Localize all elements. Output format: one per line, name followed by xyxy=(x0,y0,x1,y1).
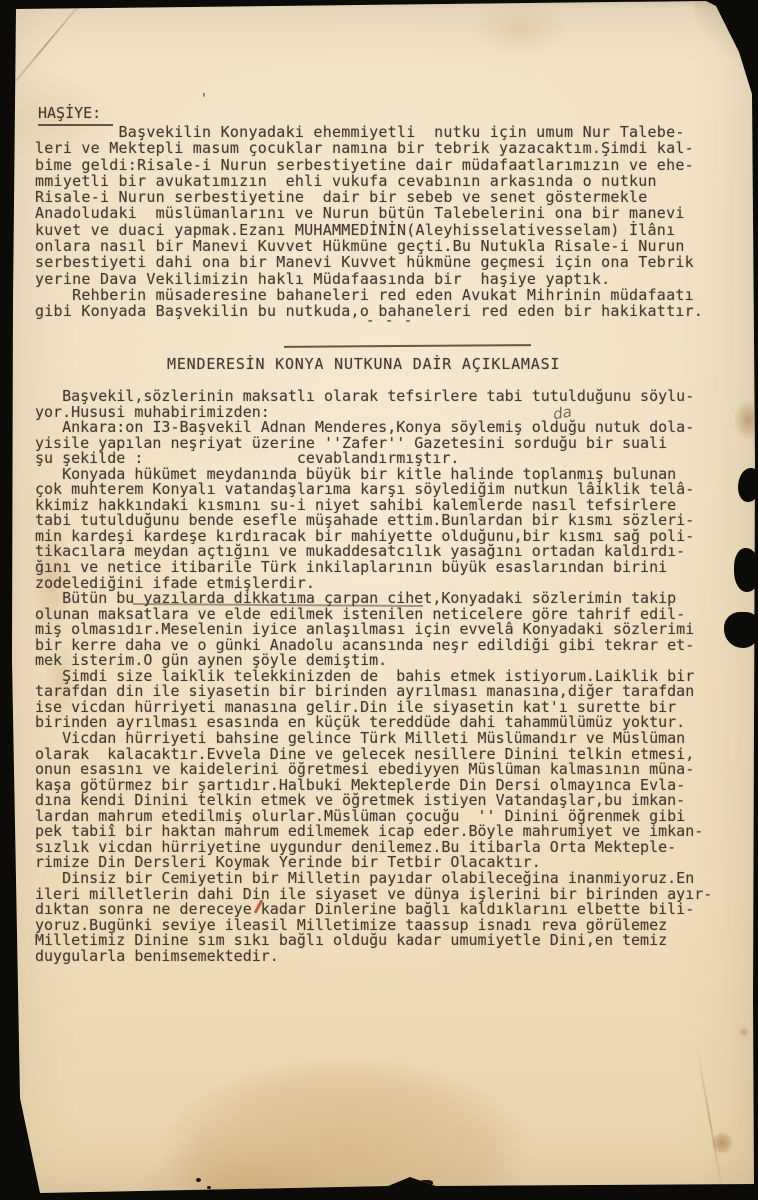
article-title: MENDERESİN KONYA NUTKUNA DAİR AÇIKLAMASI xyxy=(167,355,560,373)
ink-speck xyxy=(207,1186,211,1189)
scanned-document-photo: ' HAŞİYE: Başvekilin Konyadaki ehemmiyet… xyxy=(0,0,758,1200)
torn-edge-blob xyxy=(724,612,758,648)
section-separator-dashes: - - - xyxy=(366,313,413,329)
typed-rule-line xyxy=(284,344,531,348)
article-body-text: Başvekil,sözlerinin maksatlı olarak tefs… xyxy=(35,389,712,964)
corner-fold-shading xyxy=(695,0,758,105)
paper-crease-bottom-right xyxy=(695,1042,725,1200)
paper-crease-top-left xyxy=(0,0,94,104)
hasiye-paragraph: Başvekilin Konyadaki ehemmiyetli nutku i… xyxy=(35,124,703,320)
paper-sheet: ' HAŞİYE: Başvekilin Konyadaki ehemmiyet… xyxy=(0,0,758,1200)
torn-edge-blob xyxy=(734,548,758,592)
ink-speck xyxy=(196,1178,201,1182)
torn-edge-blob xyxy=(738,468,758,502)
stray-typed-mark: ' xyxy=(200,92,208,107)
ink-speck xyxy=(419,1180,433,1186)
